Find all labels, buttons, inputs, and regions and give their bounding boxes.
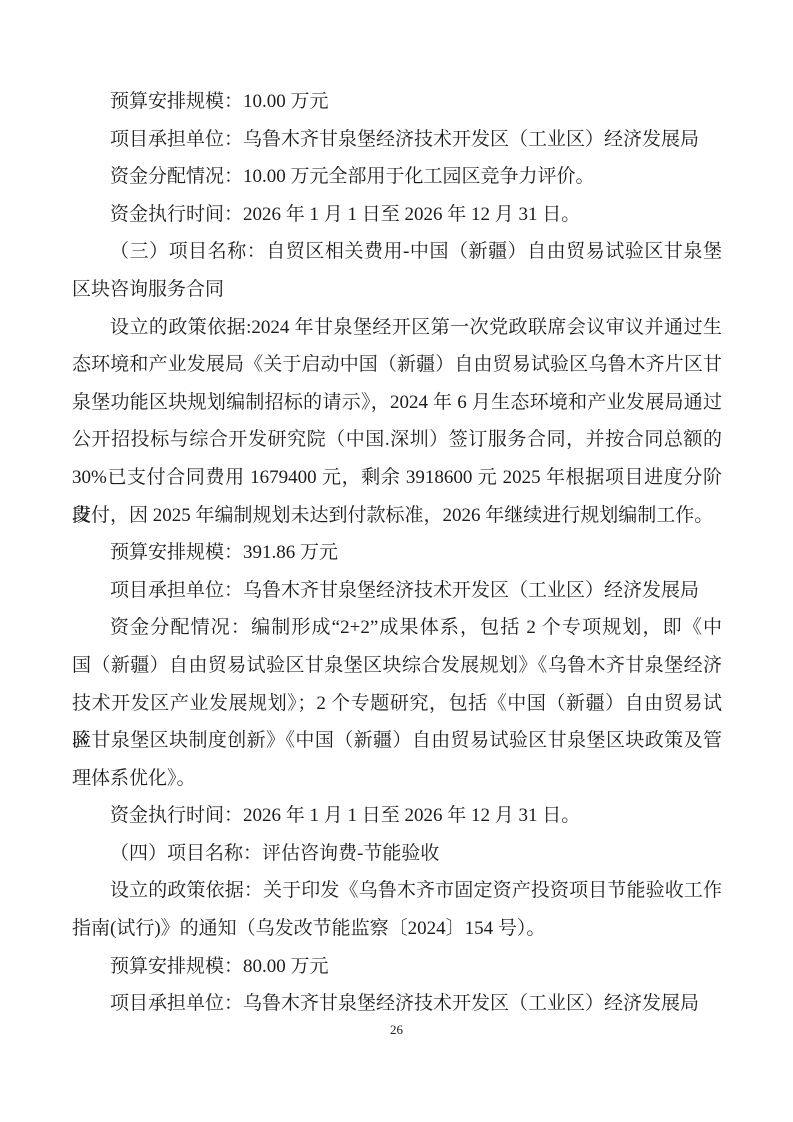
paragraph: 资金分配情况：10.00 万元全部用于化工园区竞争力评价。 <box>72 158 722 196</box>
text-line: 区块咨询服务合同 <box>72 271 722 309</box>
text-line: 设立的政策依据:2024 年甘泉堡经开区第一次党政联席会议审议并通过生 <box>72 309 722 347</box>
text-line: 资金分配情况：编制形成“2+2”成果体系，包括 2 个专项规划，即《中 <box>72 609 722 647</box>
text-line: 公开招投标与综合开发研究院（中国.深圳）签订服务合同，并按合同总额的 <box>72 421 722 459</box>
text-line: 资金分配情况：10.00 万元全部用于化工园区竞争力评价。 <box>72 158 722 196</box>
text-line: 资金执行时间：2026 年 1 月 1 日至 2026 年 12 月 31 日。 <box>72 797 722 835</box>
paragraph: 预算安排规模：80.00 万元 <box>72 948 722 986</box>
text-line: 预算安排规模：80.00 万元 <box>72 948 722 986</box>
text-line: 预算安排规模：10.00 万元 <box>72 83 722 121</box>
text-line: 30%已支付合同费用 1679400 元，剩余 3918600 元 2025 年… <box>72 459 722 497</box>
paragraph: 设立的政策依据：关于印发《乌鲁木齐市固定资产投资项目节能验收工作指南(试行)》的… <box>72 872 722 947</box>
paragraph: 预算安排规模：10.00 万元 <box>72 83 722 121</box>
text-line: 泉堡功能区块规划编制招标的请示》，2024 年 6 月生态环境和产业发展局通过 <box>72 384 722 422</box>
paragraph: （四）项目名称：评估咨询费-节能验收 <box>72 835 722 873</box>
text-line: （三）项目名称：自贸区相关费用-中国（新疆）自由贸易试验区甘泉堡 <box>72 233 722 271</box>
text-line: 理体系优化》。 <box>72 760 722 798</box>
paragraph: 项目承担单位：乌鲁木齐甘泉堡经济技术开发区（工业区）经济发展局 <box>72 121 722 159</box>
text-line: 指南(试行)》的通知（乌发改节能监察〔2024〕154 号）。 <box>72 910 722 948</box>
text-line: 预算安排规模：391.86 万元 <box>72 534 722 572</box>
paragraph: 资金执行时间：2026 年 1 月 1 日至 2026 年 12 月 31 日。 <box>72 196 722 234</box>
document-body: 预算安排规模：10.00 万元项目承担单位：乌鲁木齐甘泉堡经济技术开发区（工业区… <box>72 83 722 1023</box>
document-page: 预算安排规模：10.00 万元项目承担单位：乌鲁木齐甘泉堡经济技术开发区（工业区… <box>0 0 793 1122</box>
text-line: 设立的政策依据：关于印发《乌鲁木齐市固定资产投资项目节能验收工作 <box>72 872 722 910</box>
paragraph: 预算安排规模：391.86 万元 <box>72 534 722 572</box>
paragraph: 项目承担单位：乌鲁木齐甘泉堡经济技术开发区（工业区）经济发展局 <box>72 985 722 1023</box>
paragraph: 资金分配情况：编制形成“2+2”成果体系，包括 2 个专项规划，即《中国（新疆）… <box>72 609 722 797</box>
text-line: 技术开发区产业发展规划》；2 个专题研究，包括《中国（新疆）自由贸易试验 <box>72 685 722 723</box>
paragraph: 资金执行时间：2026 年 1 月 1 日至 2026 年 12 月 31 日。 <box>72 797 722 835</box>
page-number: 26 <box>0 1022 793 1038</box>
paragraph: （三）项目名称：自贸区相关费用-中国（新疆）自由贸易试验区甘泉堡区块咨询服务合同 <box>72 233 722 308</box>
text-line: 资金执行时间：2026 年 1 月 1 日至 2026 年 12 月 31 日。 <box>72 196 722 234</box>
text-line: 项目承担单位：乌鲁木齐甘泉堡经济技术开发区（工业区）经济发展局 <box>72 121 722 159</box>
text-line: （四）项目名称：评估咨询费-节能验收 <box>72 835 722 873</box>
text-line: 项目承担单位：乌鲁木齐甘泉堡经济技术开发区（工业区）经济发展局 <box>72 572 722 610</box>
text-line: 区甘泉堡区块制度创新》《中国（新疆）自由贸易试验区甘泉堡区块政策及管 <box>72 722 722 760</box>
text-line: 项目承担单位：乌鲁木齐甘泉堡经济技术开发区（工业区）经济发展局 <box>72 985 722 1023</box>
text-line: 态环境和产业发展局《关于启动中国（新疆）自由贸易试验区乌鲁木齐片区甘 <box>72 346 722 384</box>
text-line: 国（新疆）自由贸易试验区甘泉堡区块综合发展规划》《乌鲁木齐甘泉堡经济 <box>72 647 722 685</box>
text-line: 支付，因 2025 年编制规划未达到付款标准，2026 年继续进行规划编制工作。 <box>72 497 722 535</box>
paragraph: 项目承担单位：乌鲁木齐甘泉堡经济技术开发区（工业区）经济发展局 <box>72 572 722 610</box>
paragraph: 设立的政策依据:2024 年甘泉堡经开区第一次党政联席会议审议并通过生态环境和产… <box>72 309 722 535</box>
